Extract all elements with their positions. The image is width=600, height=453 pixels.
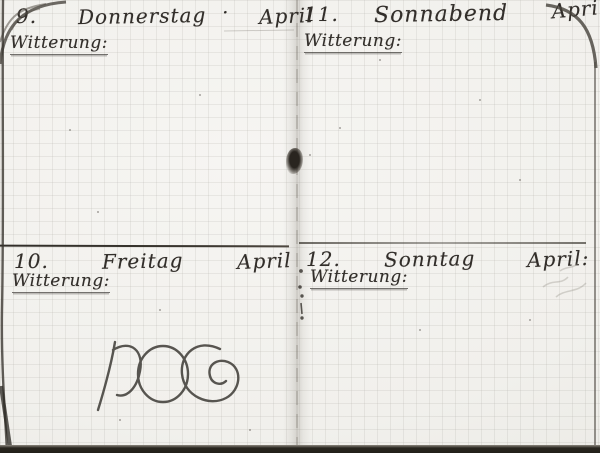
scan-artifacts [0,0,600,453]
weekday-name: Freitag [102,248,184,273]
weather-label: Witterung: [10,33,108,55]
entry-header-11: 11. Sonnabend April [304,2,600,27]
month-name: April [550,0,600,23]
entry-header-9: 9. Donnerstag · April [16,4,313,28]
separator-dot: · [222,0,229,24]
entry-divider-left [0,245,289,248]
ink-dots [299,270,303,320]
doodle-glyph-spiral [182,345,238,401]
squared-paper-grid [0,0,600,453]
doodle-glyph-h [98,342,141,410]
day-number: 11. [304,2,339,26]
page-edge-right [595,62,596,445]
month-name: April [237,248,292,274]
header-rule-fragment [224,30,294,31]
doodle-glyph-o [138,346,188,402]
month-name: April: [526,246,589,272]
weekday-name: Sonnabend [374,1,509,28]
day-number: 9. [16,4,37,28]
day-number: 10. [14,249,49,273]
scan-bottom-edge [0,445,600,453]
diary-scan: 9. Donnerstag · April Witterung: 11. Son… [0,0,600,453]
weekday-name: Donnerstag [78,3,207,29]
weather-label: Witterung: [304,31,402,53]
ink-blot [286,148,303,174]
center-fold [283,0,311,453]
weather-label: Witterung: [310,267,408,289]
entry-header-10: 10. Freitag April [14,249,292,273]
entry-divider-right [299,242,586,244]
center-fold-crease [296,0,298,447]
mirrored-604-doodle [85,338,260,416]
weather-label: Witterung: [12,271,110,293]
page-edge-left [1,0,10,453]
